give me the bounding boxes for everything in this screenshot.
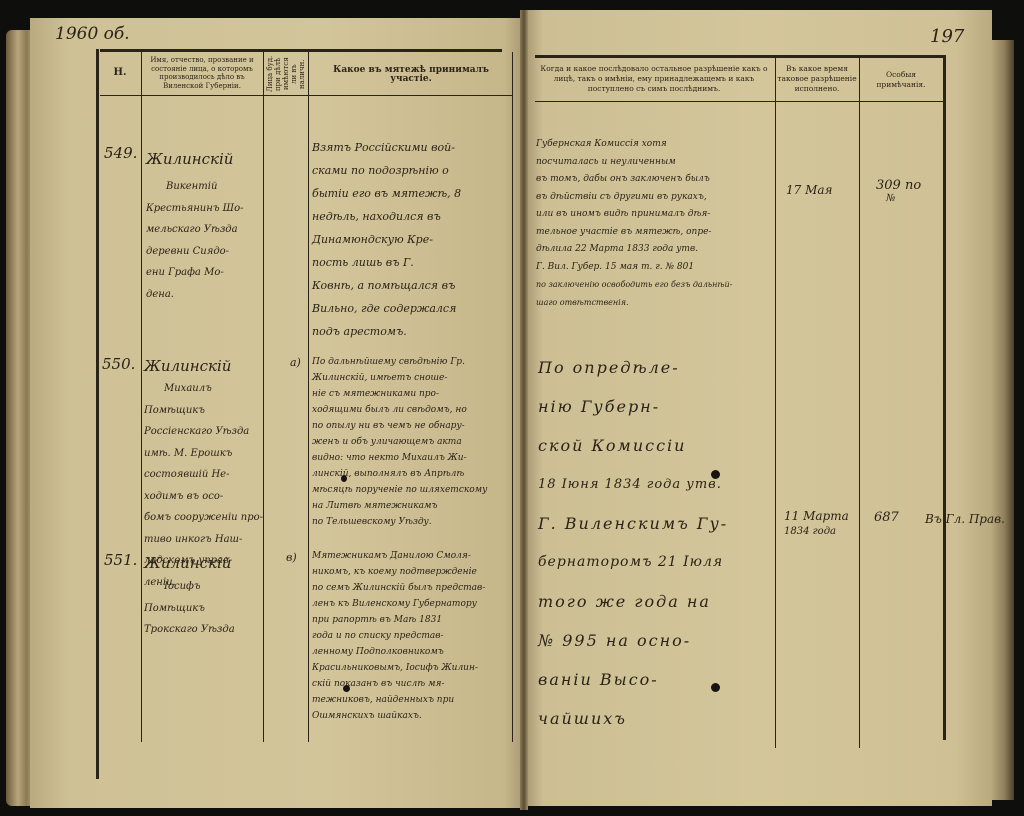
entry-name: Жилинскій Іосифъ Помѣщикъ Трокскаго Уѣзд… <box>144 550 262 641</box>
entry-notes-number: 687 <box>874 510 899 525</box>
entry-decision: Губернская Комиссія хотя посчиталась и н… <box>536 136 774 311</box>
header-number: Н. <box>100 68 140 77</box>
ledger-spread: 1960 об. Н. Имя, отчество, прозвание и с… <box>0 0 1024 816</box>
binding-hole <box>711 683 720 692</box>
entry-notes-remark: Въ Гл. Прав. <box>925 512 1005 526</box>
binding-hole <box>341 475 347 482</box>
folio-number: 197 <box>930 26 964 47</box>
entry-name: Жилинскій Викентій Крестьянинъ Шо- мельс… <box>146 142 262 305</box>
entry-mark: в) <box>286 551 297 564</box>
entry-executed: 11 Марта 1834 года <box>784 508 849 540</box>
entry-participation: Мятежникамъ Данилою Смоля- никомъ, къ ко… <box>312 548 508 724</box>
entry-executed: 17 Мая <box>786 183 832 197</box>
binding-hole <box>343 685 350 692</box>
entry-mark: а) <box>290 356 301 369</box>
book-edge-right <box>990 40 1014 800</box>
entry-number: 549. <box>104 144 137 162</box>
right-header-top-rule <box>535 55 945 58</box>
col-rule-1 <box>141 52 142 742</box>
header-executed: Въ какое время таковое разрѣшеніе исполн… <box>777 64 857 94</box>
header-notes: Особыя примѣчанія. <box>861 70 941 90</box>
header-name: Имя, отчество, прозвание и состояніе лиц… <box>143 56 261 90</box>
entry-participation: Взятъ Россійскими вой- сками по подозрѣн… <box>312 136 508 343</box>
entry-notes: 309 по № <box>876 178 921 204</box>
right-col-rule-1 <box>775 58 776 748</box>
entry-participation: По дальнѣйшему свѣдѣнію Гр. Жилинскій, и… <box>312 354 508 530</box>
entry-number: 551. <box>104 551 137 569</box>
archive-mark: 1960 об. <box>55 24 130 44</box>
col-rule-2 <box>263 52 264 742</box>
right-header-bottom-rule <box>535 101 945 102</box>
left-margin-rule <box>96 49 99 779</box>
header-presence: Лица буд. при дѣлѣ имѣются ли въ наличн. <box>266 54 304 94</box>
entry-decision: По опредѣле- нію Губерн- ской Комиссіи 1… <box>538 348 774 738</box>
book-gutter <box>520 10 528 810</box>
header-bottom-rule <box>100 95 512 96</box>
entry-number: 550. <box>102 355 135 373</box>
right-margin-rule <box>943 55 946 740</box>
header-decision: Когда и какое послѣдовало остальное разр… <box>536 64 772 94</box>
binding-hole <box>711 470 720 479</box>
right-col-rule-2 <box>859 58 860 748</box>
header-participation: Какое въ мятежѣ принималъ участіе. <box>312 66 510 84</box>
col-rule-3 <box>308 52 309 742</box>
header-top-rule <box>100 49 502 52</box>
col-rule-4 <box>512 52 513 742</box>
